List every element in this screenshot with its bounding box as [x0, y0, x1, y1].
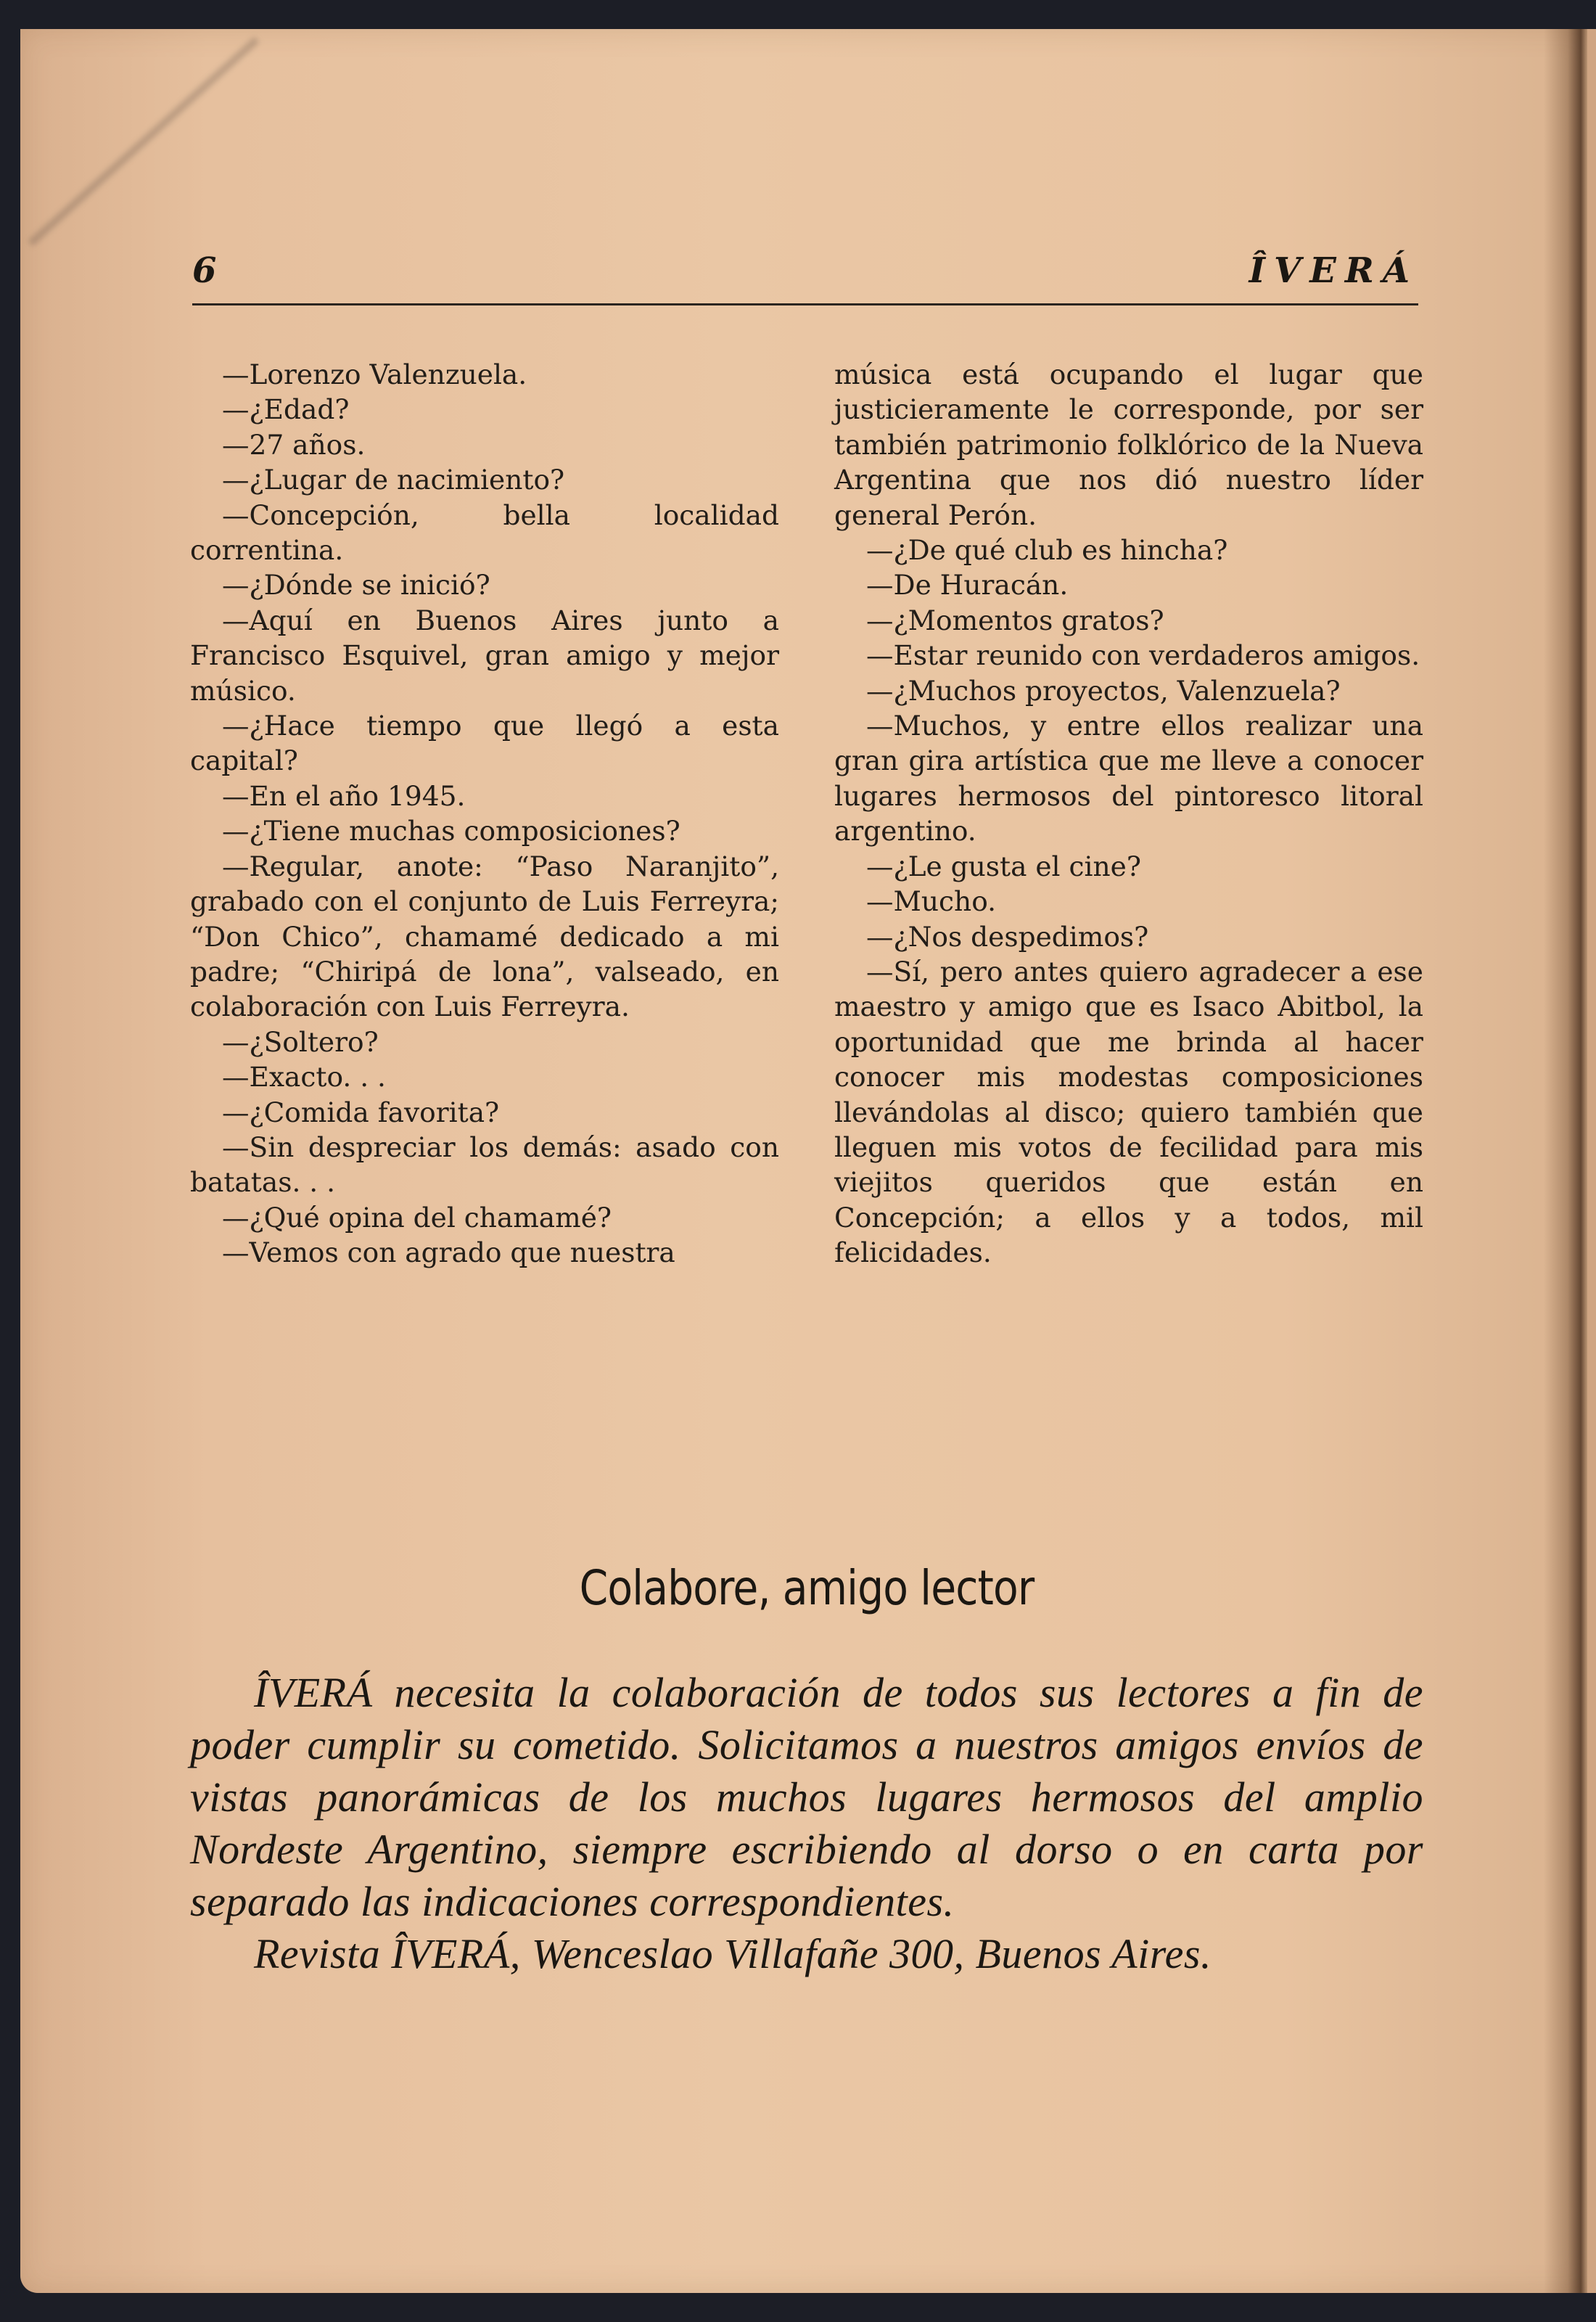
notice-title: Colabore, amigo lector: [276, 1560, 1337, 1616]
interview-line: —¿Edad?: [190, 392, 779, 427]
interview-line: —Aquí en Buenos Aires junto a Francisco …: [190, 603, 779, 708]
interview-line: —27 años.: [190, 427, 779, 462]
interview-line: —Lorenzo Valenzuela.: [190, 357, 779, 392]
notice-address: Revista ÎVERÁ, Wenceslao Villafañe 300, …: [190, 1928, 1423, 1980]
interview-line: —¿Qué opina del chamamé?: [190, 1200, 779, 1235]
interview-line: —¿Le gusta el cine?: [834, 849, 1423, 884]
interview-line: —¿Nos despedimos?: [834, 919, 1423, 954]
page-number: 6: [192, 250, 216, 291]
binding-shadow: [1544, 29, 1587, 2293]
interview-line: —Regular, anote: “Paso Naranjito”, graba…: [190, 849, 779, 1025]
right-column: música está ocupando el lugar que justic…: [834, 357, 1423, 1271]
interview-line: —¿Muchos proyectos, Valenzuela?: [834, 673, 1423, 708]
interview-line: —Estar reunido con verdaderos amigos.: [834, 638, 1423, 673]
interview-line: —¿Comida favorita?: [190, 1095, 779, 1130]
interview-line: —De Huracán.: [834, 567, 1423, 602]
interview-line: —¿Lugar de nacimiento?: [190, 462, 779, 497]
interview-line: música está ocupando el lugar que justic…: [834, 357, 1423, 533]
interview-line: —¿Soltero?: [190, 1025, 779, 1059]
interview-line: —Mucho.: [834, 884, 1423, 919]
interview-line: —En el año 1945.: [190, 779, 779, 813]
next-page-edge: [1587, 29, 1596, 2293]
interview-line: —¿Hace tiempo que llegó a esta capital?: [190, 708, 779, 779]
running-title: ÎVERÁ: [1249, 250, 1418, 291]
notice-paragraph: ÎVERÁ necesita la colaboración de todos …: [190, 1667, 1423, 1928]
interview-line: —Sí, pero antes quiero agradecer a ese m…: [834, 954, 1423, 1271]
notice-body: ÎVERÁ necesita la colaboración de todos …: [190, 1667, 1423, 1980]
interview-line: —¿Momentos gratos?: [834, 603, 1423, 638]
interview-line: —¿Dónde se inició?: [190, 567, 779, 602]
interview-line: —Concepción, bella localidad correntina.: [190, 498, 779, 568]
header-rule: [192, 303, 1418, 305]
page-header: 6 ÎVERÁ: [192, 250, 1418, 308]
interview-line: —Sin despreciar los demás: asado con bat…: [190, 1130, 779, 1200]
interview-line: —Vemos con agrado que nuestra: [190, 1235, 779, 1270]
interview-columns: —Lorenzo Valenzuela. —¿Edad? —27 años. —…: [190, 357, 1423, 1271]
left-column: —Lorenzo Valenzuela. —¿Edad? —27 años. —…: [190, 357, 779, 1271]
interview-line: —¿Tiene muchas composiciones?: [190, 813, 779, 848]
colabore-notice: Colabore, amigo lector ÎVERÁ necesita la…: [190, 1560, 1423, 1980]
interview-line: —Exacto. . .: [190, 1059, 779, 1094]
interview-line: —¿De qué club es hincha?: [834, 533, 1423, 567]
interview-line: —Muchos, y entre ellos realizar una gran…: [834, 708, 1423, 849]
